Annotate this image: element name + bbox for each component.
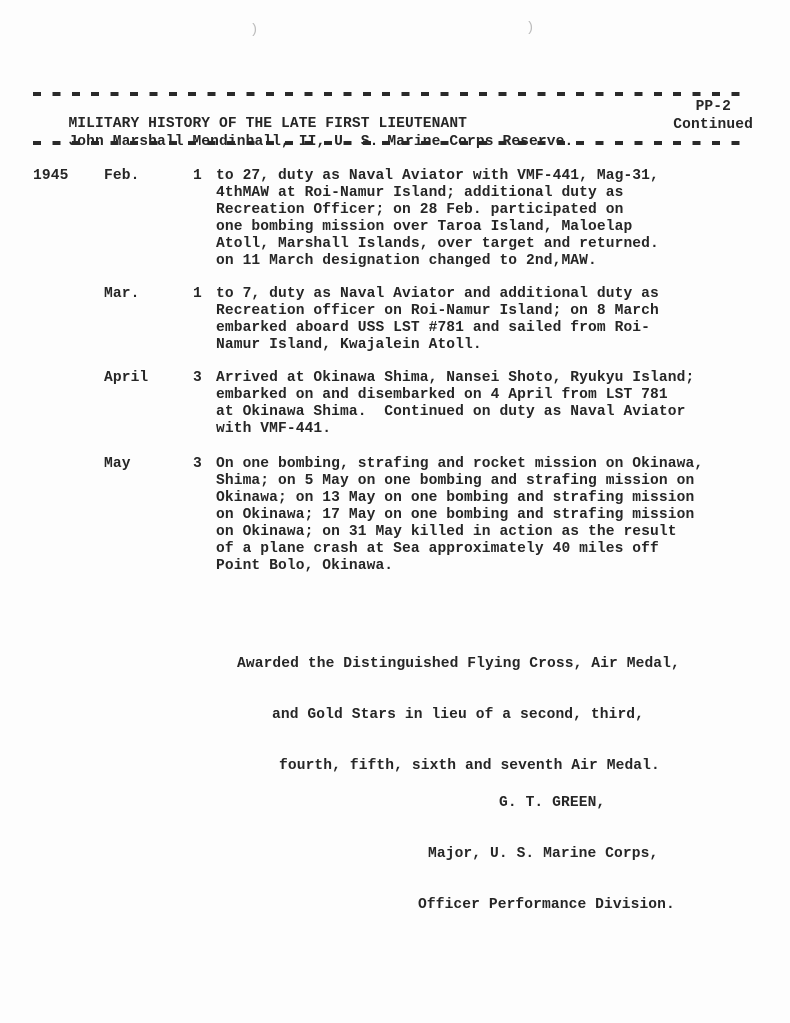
- awards-line: and Gold Stars in lieu of a second, thir…: [237, 707, 680, 724]
- entry-month: May: [104, 456, 131, 473]
- entry-line: to 7, duty as Naval Aviator and addition…: [216, 286, 659, 303]
- entry-month: Feb.: [104, 168, 139, 185]
- entry-day: 1: [193, 286, 202, 303]
- bleed-through-mark: ): [526, 20, 534, 36]
- entry-line: Okinawa; on 13 May on one bombing and st…: [216, 490, 703, 507]
- entry-line: on Okinawa; on 31 May killed in action a…: [216, 524, 703, 541]
- entry-line: on Okinawa; 17 May on one bombing and st…: [216, 507, 703, 524]
- entry-day: 3: [193, 456, 202, 473]
- entry-line: with VMF-441.: [216, 421, 694, 438]
- entry-line: Point Bolo, Okinawa.: [216, 558, 703, 575]
- entry-line: Recreation Officer; on 28 Feb. participa…: [216, 202, 659, 219]
- entry-line: Namur Island, Kwajalein Atoll.: [216, 337, 659, 354]
- page-id: PP-2: [696, 99, 731, 116]
- entry-line: On one bombing, strafing and rocket miss…: [216, 456, 703, 473]
- entry-line: embarked on and disembarked on 4 April f…: [216, 387, 694, 404]
- page-status: Continued: [673, 117, 753, 134]
- signatory-rank: Major, U. S. Marine Corps,: [418, 846, 675, 863]
- entry-line: Atoll, Marshall Islands, over target and…: [216, 236, 659, 253]
- entry-year: 1945: [33, 168, 68, 185]
- bleed-through-mark: ): [250, 22, 258, 38]
- signature-block: G. T. GREEN, Major, U. S. Marine Corps, …: [418, 761, 675, 948]
- entry-line: at Okinawa Shima. Continued on duty as N…: [216, 404, 694, 421]
- entry-month: April: [104, 370, 148, 387]
- dashed-rule-bottom: [33, 141, 745, 145]
- entry-line: embarked aboard USS LST #781 and sailed …: [216, 320, 659, 337]
- entry-body: On one bombing, strafing and rocket miss…: [216, 456, 703, 575]
- awards-line: Awarded the Distinguished Flying Cross, …: [237, 656, 680, 673]
- entry-line: Shima; on 5 May on one bombing and straf…: [216, 473, 703, 490]
- entry-line: on 11 March designation changed to 2nd,M…: [216, 253, 659, 270]
- entry-month: Mar.: [104, 286, 139, 303]
- entry-body: to 27, duty as Naval Aviator with VMF-44…: [216, 168, 659, 270]
- entry-day: 1: [193, 168, 202, 185]
- entry-line: to 27, duty as Naval Aviator with VMF-44…: [216, 168, 659, 185]
- entry-line: of a plane crash at Sea approximately 40…: [216, 541, 703, 558]
- entry-line: Arrived at Okinawa Shima, Nansei Shoto, …: [216, 370, 694, 387]
- entry-line: 4thMAW at Roi-Namur Island; additional d…: [216, 185, 659, 202]
- entry-body: to 7, duty as Naval Aviator and addition…: [216, 286, 659, 354]
- document-page: ) ) MILITARY HISTORY OF THE LATE FIRST L…: [0, 0, 790, 1023]
- signatory-name: G. T. GREEN,: [418, 795, 675, 812]
- entry-line: Recreation officer on Roi-Namur Island; …: [216, 303, 659, 320]
- signatory-division: Officer Performance Division.: [418, 897, 675, 914]
- dashed-rule-top: [33, 92, 745, 96]
- entry-body: Arrived at Okinawa Shima, Nansei Shoto, …: [216, 370, 694, 438]
- entry-day: 3: [193, 370, 202, 387]
- entry-line: one bombing mission over Taroa Island, M…: [216, 219, 659, 236]
